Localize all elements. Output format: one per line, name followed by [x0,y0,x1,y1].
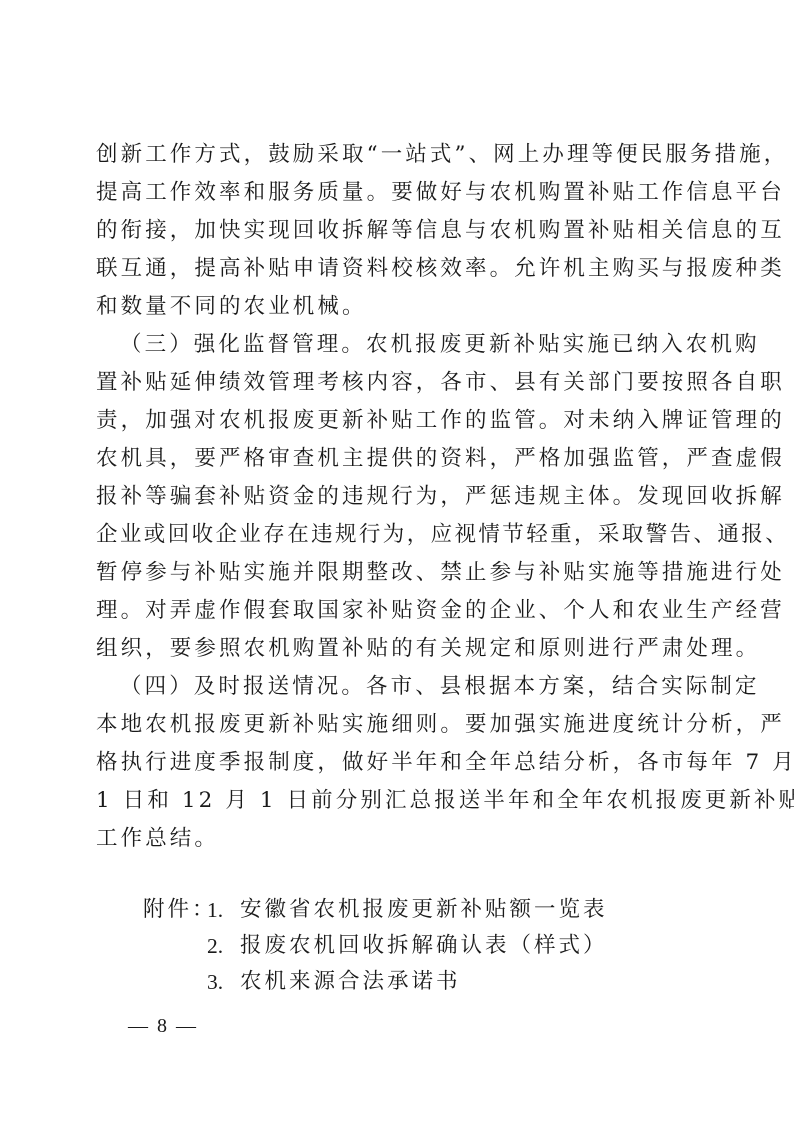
paragraph-line: 格执行进度季报制度，做好半年和全年总结分析，各市每年 7 月 [96,744,696,782]
page-number: — 8 — [128,1010,198,1042]
section-heading-line: （四）及时报送情况。各市、县根据本方案，结合实际制定 [120,668,720,706]
attachment-number: 2. [207,928,223,964]
paragraph-line: 农机具，要严格审查机主提供的资料，严格加强监管，严查虚假 [96,440,696,478]
attachment-title: 农机来源合法承诺书 [240,964,461,1000]
paragraph-line: 本地农机报废更新补贴实施细则。要加强实施进度统计分析，严 [96,706,696,744]
paragraph-line: 责，加强对农机报废更新补贴工作的监管。对未纳入牌证管理的 [96,402,696,440]
paragraph-line: 暂停参与补贴实施并限期整改、禁止参与补贴实施等措施进行处 [96,554,696,592]
paragraph-line: 报补等骗套补贴资金的违规行为，严惩违规主体。发现回收拆解 [96,478,696,516]
document-page: 创新工作方式，鼓励采取“一站式”、网上办理等便民服务措施， 提高工作效率和服务质… [0,0,794,1122]
attachment-title: 报废农机回收拆解确认表（样式） [240,928,608,964]
paragraph-line: 置补贴延伸绩效管理考核内容，各市、县有关部门要按照各自职 [96,364,696,402]
paragraph-line: 1 日和 12 月 1 日前分别汇总报送半年和全年农机报废更新补贴 [96,782,696,820]
paragraph-line: 企业或回收企业存在违规行为，应视情节轻重，采取警告、通报、 [96,516,696,554]
attachment-item: 2. 报废农机回收拆解确认表（样式） [0,928,794,964]
attachment-number: 3. [207,964,223,1000]
attachment-number: 1. [207,892,223,928]
attachment-item: 3. 农机来源合法承诺书 [0,964,794,1000]
attachment-item: 1. 安徽省农机报废更新补贴额一览表 [0,892,794,928]
paragraph-line: 的衔接，加快实现回收拆解等信息与农机购置补贴相关信息的互 [96,212,696,250]
section-heading-line: （三）强化监督管理。农机报废更新补贴实施已纳入农机购 [120,326,720,364]
attachment-title: 安徽省农机报废更新补贴额一览表 [240,892,608,928]
paragraph-line: 理。对弄虚作假套取国家补贴资金的企业、个人和农业生产经营 [96,592,696,630]
paragraph-line: 创新工作方式，鼓励采取“一站式”、网上办理等便民服务措施， [96,136,696,174]
paragraph-line: 工作总结。 [96,820,696,858]
paragraph-line: 组织，要参照农机购置补贴的有关规定和原则进行严肃处理。 [96,630,696,668]
paragraph-line: 联互通，提高补贴申请资料校核效率。允许机主购买与报废种类 [96,250,696,288]
paragraph-line: 和数量不同的农业机械。 [96,288,696,326]
paragraph-line: 提高工作效率和服务质量。要做好与农机购置补贴工作信息平台 [96,174,696,212]
